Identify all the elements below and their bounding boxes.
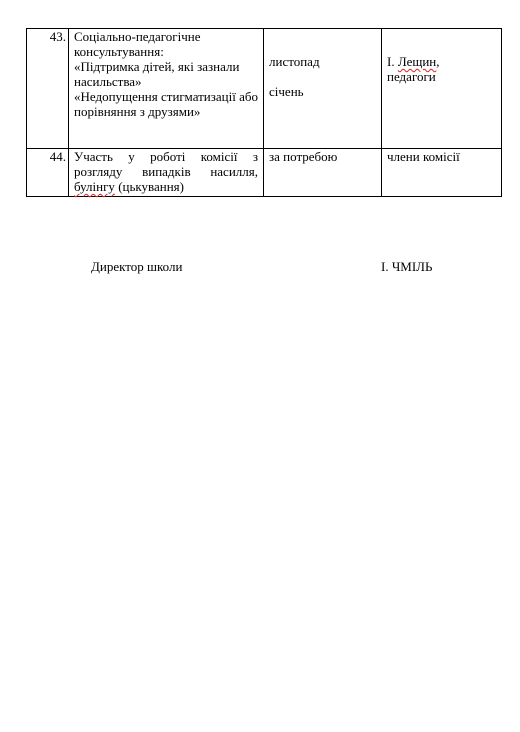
topic-title: Соціально-педагогічне консультування:	[74, 29, 258, 59]
row-number: 43.	[27, 29, 69, 149]
row-topic: Участь у роботі комісії з розгляду випад…	[69, 149, 264, 197]
responsible-surname: Лещин	[398, 54, 436, 69]
responsible-line: педагоги	[387, 69, 496, 84]
row-term: листопад січень	[264, 29, 382, 149]
responsible-initial: І.	[387, 54, 398, 69]
topic-text-flagged: булінгу	[74, 179, 115, 194]
topic-item: «Недопущення стигматизації або порівнянн…	[74, 89, 258, 119]
row-topic: Соціально-педагогічне консультування: «П…	[69, 29, 264, 149]
topic-text: (цькування)	[115, 179, 184, 194]
topic-item: «Підтримка дітей, які зазнали насильства…	[74, 59, 258, 89]
signature-name: І. ЧМІЛЬ	[381, 259, 432, 275]
term-line: січень	[269, 84, 376, 99]
row-responsible: І. Лещин, педагоги	[382, 29, 502, 149]
table-row: 43. Соціально-педагогічне консультування…	[27, 29, 502, 149]
responsible-line: І. Лещин,	[387, 54, 496, 69]
row-responsible: члени комісії	[382, 149, 502, 197]
table-row: 44. Участь у роботі комісії з розгляду в…	[27, 149, 502, 197]
term-line: листопад	[269, 54, 376, 69]
signature-position: Директор школи	[91, 259, 182, 275]
plan-table: 43. Соціально-педагогічне консультування…	[26, 28, 502, 197]
responsible-comma: ,	[436, 54, 439, 69]
row-term: за потребою	[264, 149, 382, 197]
row-number: 44.	[27, 149, 69, 197]
topic-text: Участь у роботі комісії з розгляду випад…	[74, 149, 258, 179]
